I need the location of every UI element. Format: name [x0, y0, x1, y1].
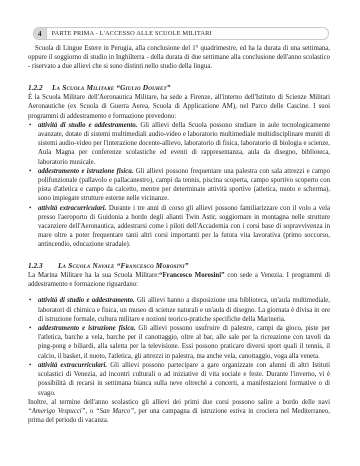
bullet-lead: attività di studio e addestramento. [38, 297, 135, 304]
scanned-book-page: 4 PARTE PRIMA - L'ACCESSO ALLE SCUOLE MI… [0, 0, 360, 466]
bullet-list-morosini: • attività di studio e addestramento. Gl… [28, 296, 330, 397]
page-body: Scuola di Lingue Estere in Perugia, alla… [28, 44, 330, 425]
bullet-icon: • [29, 204, 31, 213]
bullet-item: • attività di studio e addestramento. Gl… [28, 296, 330, 324]
section-heading-1-2-2: 1.2.2La Scuola Militare “Giulio Douhet” [28, 83, 330, 93]
bullet-item: • attività extracurriculari. Gli allievi… [28, 361, 330, 398]
ship-name-vespucci: “Amerigo Vespucci” [28, 408, 85, 415]
section-number: 1.2.3 [28, 261, 46, 271]
school-name-bold: “Francesco Morosini” [159, 272, 224, 279]
bullet-icon: • [29, 324, 31, 333]
running-header: 4 PARTE PRIMA - L'ACCESSO ALLE SCUOLE MI… [33, 27, 329, 40]
bullet-icon: • [29, 361, 31, 370]
closing-text: , o [85, 408, 95, 415]
section-title: La Scuola Navale “Francesco Morosini” [58, 261, 189, 270]
bullet-lead: attività extracurriculari. [38, 362, 107, 369]
section-heading-1-2-3: 1.2.3La Scuola Navale “Francesco Morosin… [28, 261, 330, 271]
bullet-lead: addestramento e istruzione fisica. [38, 325, 135, 332]
intro-text-pre: La Marina Militare ha la sua Scuola Mili… [28, 272, 159, 279]
page-number-badge: 4 [34, 28, 47, 39]
bullet-lead: addestramento e istruzione fisica. [38, 168, 133, 175]
section-title: La Scuola Militare “Giulio Douhet” [52, 83, 171, 92]
section-number: 1.2.2 [28, 83, 46, 93]
bullet-item: • addestramento e istruzione fisica. Gli… [28, 324, 330, 361]
section-intro-paragraph: È la Scuola Militare dell'Aeronautica Mi… [28, 93, 330, 121]
running-header-title: PARTE PRIMA - L'ACCESSO ALLE SCUOLE MILI… [47, 28, 212, 39]
closing-paragraph: Inoltre, al termine dell'anno scolastico… [28, 398, 330, 426]
bullet-lead: attività di studio e addestramento. [38, 122, 137, 129]
bullet-item: • addestramento e istruzione fisica. Gli… [28, 167, 330, 204]
bullet-list-douhet: • attività di studio e addestramento. Gl… [28, 121, 330, 250]
bullet-item: • attività di studio e addestramento. Gl… [28, 121, 330, 167]
bullet-icon: • [29, 121, 31, 130]
intro-paragraph: Scuola di Lingue Estere in Perugia, alla… [28, 44, 330, 72]
bullet-lead: attività extracurriculari. [38, 205, 106, 212]
section-intro-paragraph: La Marina Militare ha la sua Scuola Mili… [28, 271, 330, 289]
ship-name-san-marco: “San Marco” [96, 408, 134, 415]
bullet-icon: • [29, 296, 31, 305]
bullet-item: • attività extracurriculari. Durante i t… [28, 204, 330, 250]
closing-text: Inoltre, al termine dell'anno scolastico… [28, 399, 330, 406]
bullet-icon: • [29, 167, 31, 176]
